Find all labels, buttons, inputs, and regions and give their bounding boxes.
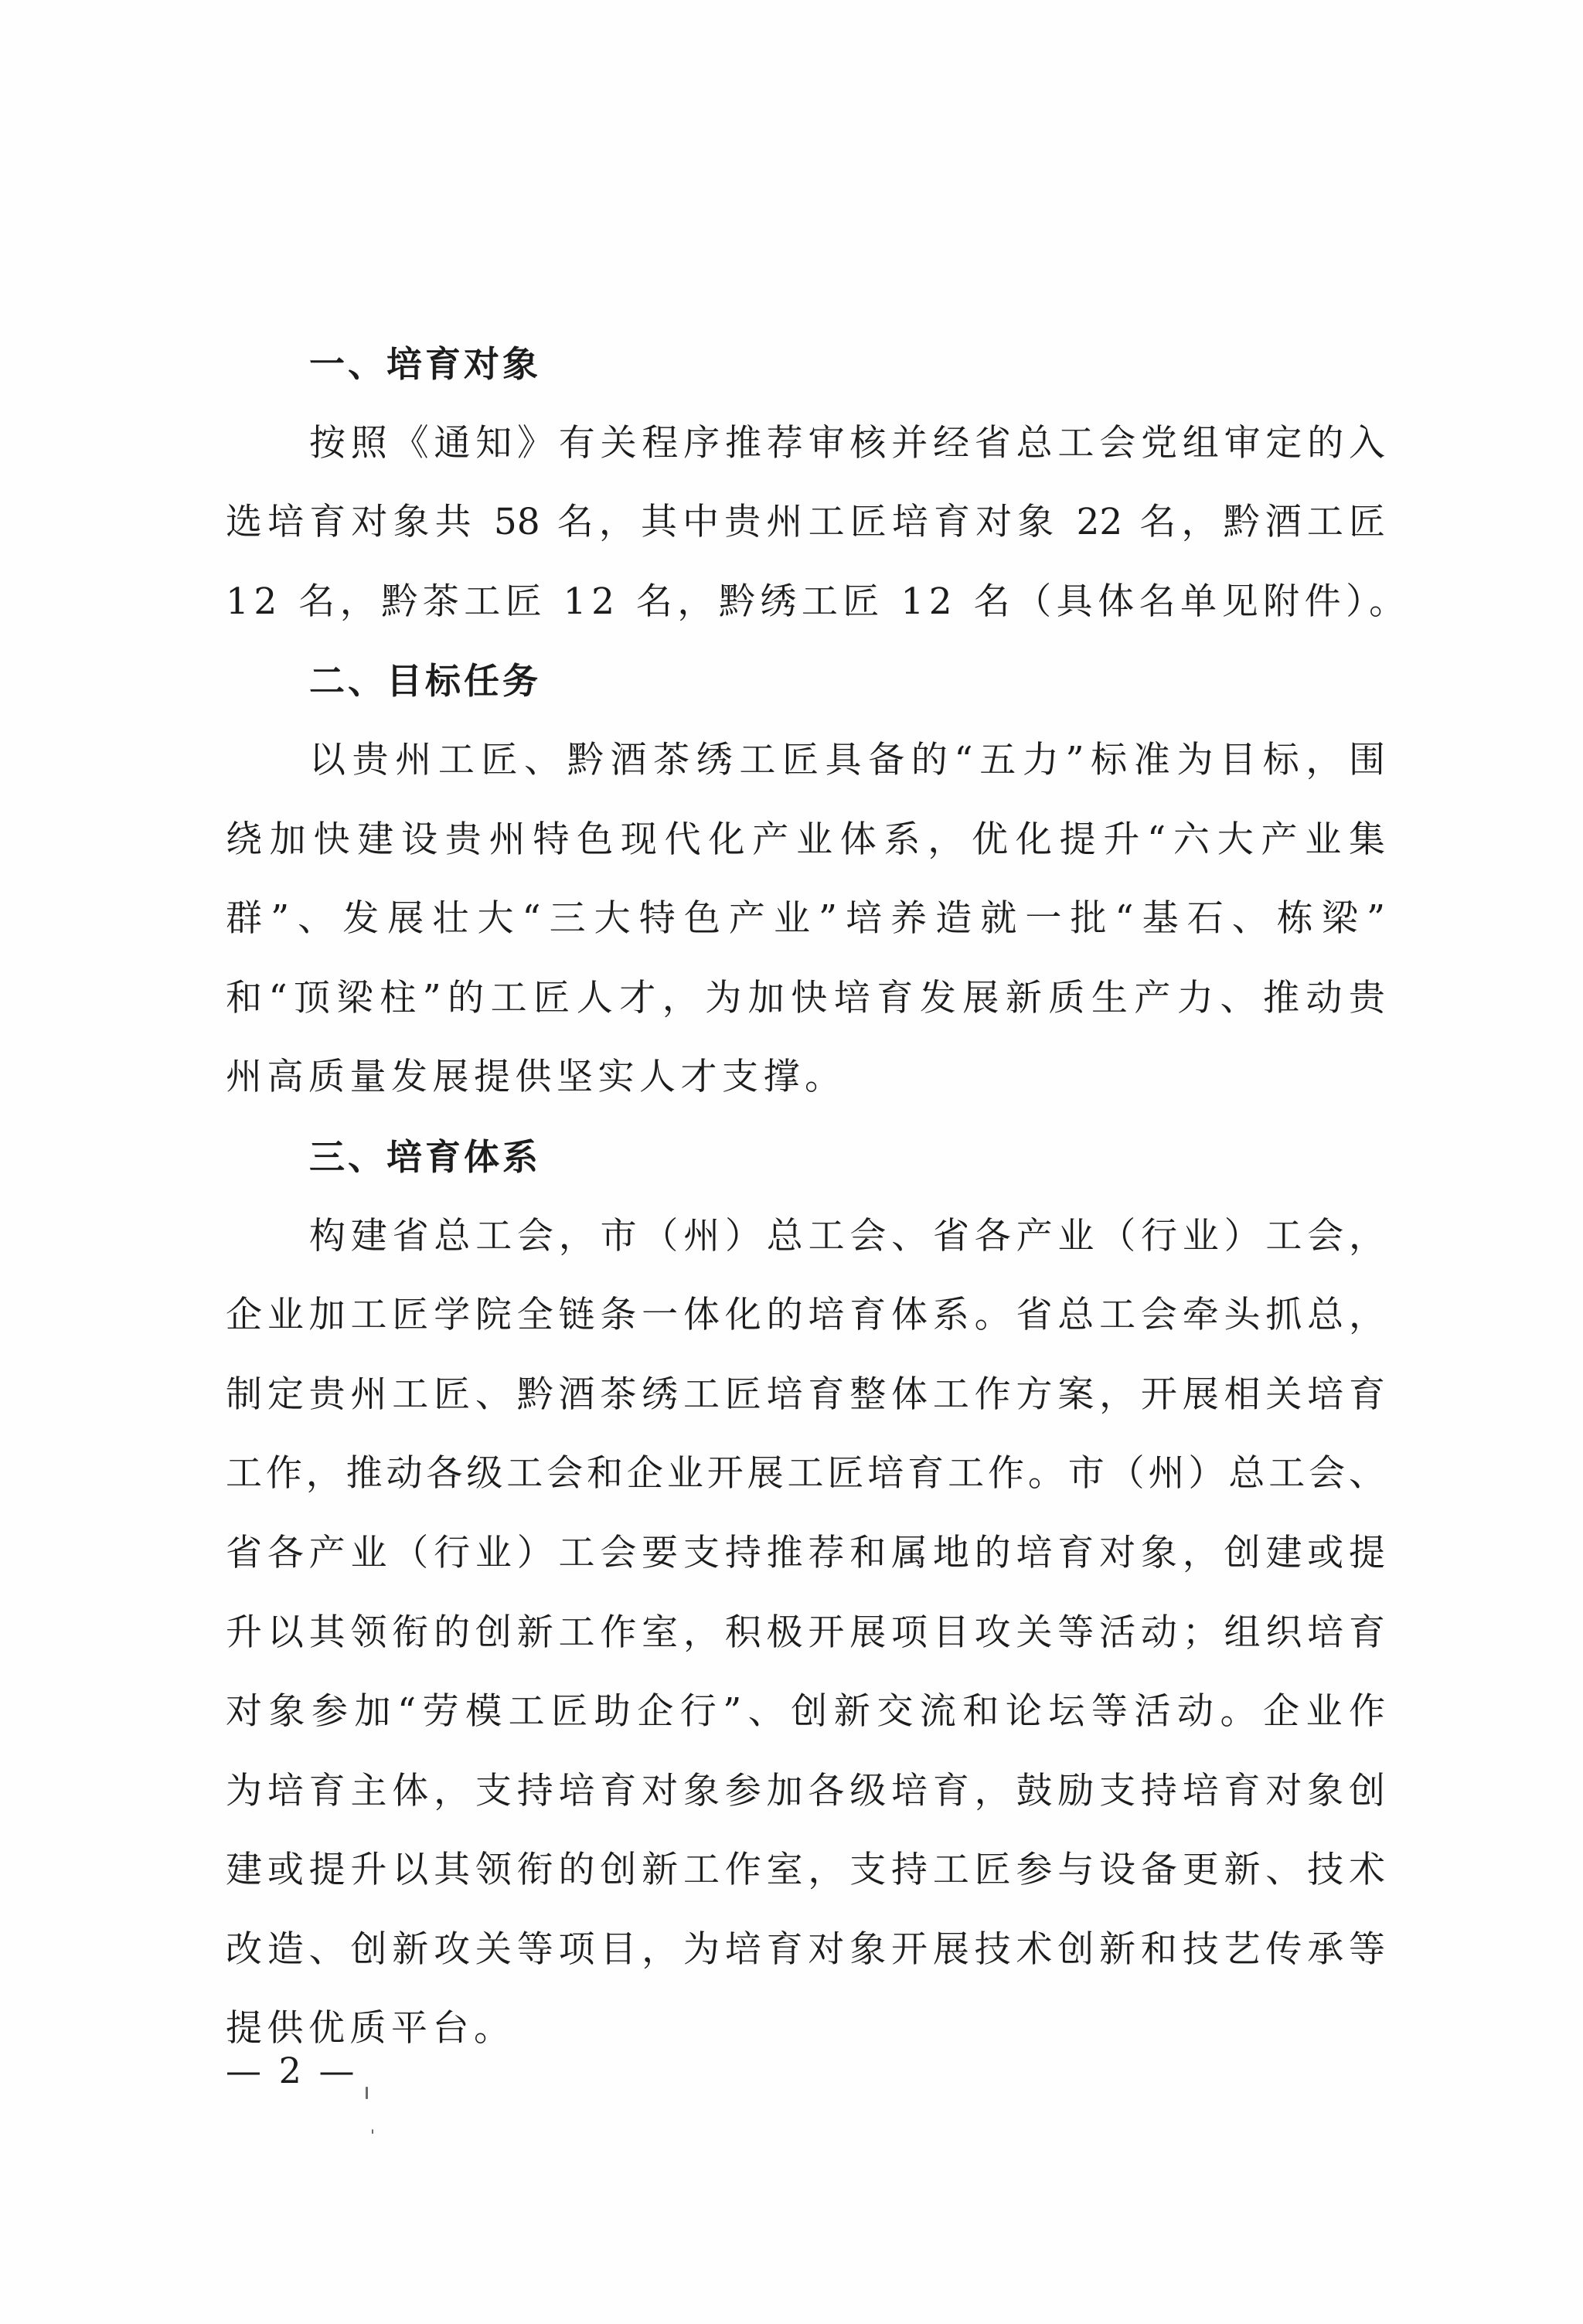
paragraph-line: 对象参加“劳模工匠助企行”、创新交流和论坛等活动。企业作 <box>226 1672 1385 1752</box>
paragraph-line: 绕加快建设贵州特色现代化产业体系，优化提升“六大产业集 <box>226 801 1385 880</box>
paragraph-line: 改造、创新攻关等项目，为培育对象开展技术创新和技艺传承等 <box>226 1911 1385 1990</box>
paragraph-line: 12 名，黔茶工匠 12 名，黔绣工匠 12 名（具体名单见附件）。 <box>226 563 1385 642</box>
paragraph-line: 省各产业（行业）工会要支持推荐和属地的培育对象，创建或提 <box>226 1514 1385 1594</box>
paragraph-line: 按照《通知》有关程序推荐审核并经省总工会党组审定的入 <box>226 404 1385 484</box>
scan-speck <box>372 2129 373 2134</box>
paragraph-line: 为培育主体，支持培育对象参加各级培育，鼓励支持培育对象创 <box>226 1752 1385 1832</box>
scan-speck <box>366 2087 368 2099</box>
paragraph-line: 升以其领衔的创新工作室，积极开展项目攻关等活动；组织培育 <box>226 1594 1385 1673</box>
paragraph-line: 建或提升以其领衔的创新工作室，支持工匠参与设备更新、技术 <box>226 1831 1385 1911</box>
paragraph-line: 选培育对象共 58 名，其中贵州工匠培育对象 22 名，黔酒工匠 <box>226 483 1385 563</box>
page-number: — 2 — <box>226 2050 358 2091</box>
paragraph-line: 制定贵州工匠、黔酒茶绣工匠培育整体工作方案，开展相关培育 <box>226 1356 1385 1435</box>
paragraph-line: 工作，推动各级工会和企业开展工匠培育工作。市（州）总工会、 <box>226 1434 1385 1514</box>
section-heading-training-targets: 一、培育对象 <box>226 325 1385 404</box>
document-page: 一、培育对象 按照《通知》有关程序推荐审核并经省总工会党组审定的入 选培育对象共… <box>0 0 1583 2324</box>
paragraph-line: 提供优质平台。 <box>226 1989 1385 2069</box>
paragraph-line: 企业加工匠学院全链条一体化的培育体系。省总工会牵头抓总， <box>226 1276 1385 1356</box>
document-body: 一、培育对象 按照《通知》有关程序推荐审核并经省总工会党组审定的入 选培育对象共… <box>226 325 1385 2069</box>
paragraph-line: 群”、发展壮大“三大特色产业”培养造就一批“基石、栋梁” <box>226 880 1385 959</box>
paragraph-line: 以贵州工匠、黔酒茶绣工匠具备的“五力”标准为目标，围 <box>226 721 1385 801</box>
paragraph-line: 州高质量发展提供坚实人才支撑。 <box>226 1038 1385 1118</box>
section-heading-goals-tasks: 二、目标任务 <box>226 641 1385 721</box>
paragraph-line: 和“顶梁柱”的工匠人才，为加快培育发展新质生产力、推动贵 <box>226 959 1385 1039</box>
paragraph-line: 构建省总工会，市（州）总工会、省各产业（行业）工会， <box>226 1197 1385 1277</box>
section-heading-training-system: 三、培育体系 <box>226 1118 1385 1197</box>
